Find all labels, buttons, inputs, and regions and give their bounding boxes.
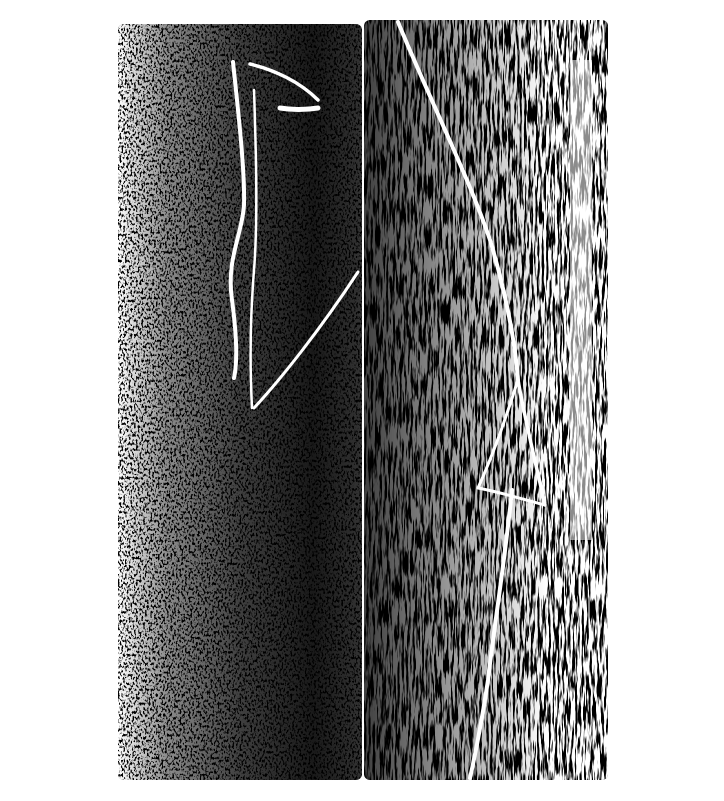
woodblock-print [0, 0, 724, 801]
right-panel [364, 20, 608, 780]
